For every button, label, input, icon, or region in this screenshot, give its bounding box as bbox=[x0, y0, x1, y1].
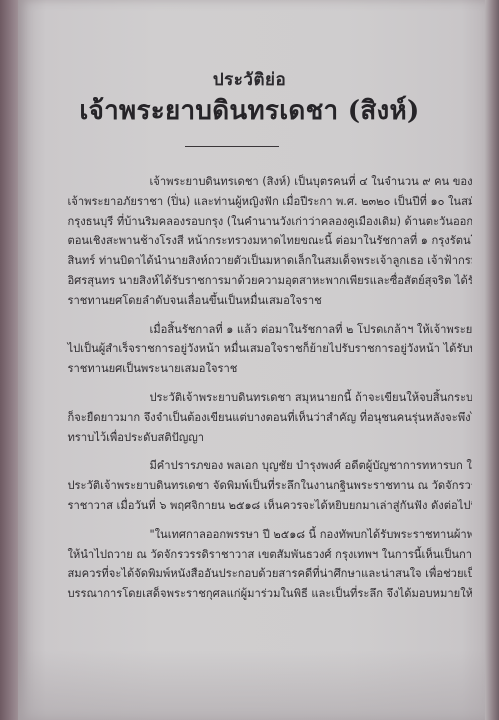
paragraph-3: ประวัติเจ้าพระยาบดินทรเดชา สมุหนายกนี้ ถ… bbox=[26, 388, 472, 447]
text-line: ราชทานยศโดยลำดับจนเลื่อนขึ้นเป็นหมื่นเสม… bbox=[26, 291, 472, 311]
paragraph-5-quote: "ในเทศกาลออกพรรษา ปี ๒๕๑๘ นี้ กองทัพบกได… bbox=[26, 525, 472, 604]
text-line: กรุงธนบุรี ที่บ้านริมคลองรอบกรุง (ในคำนา… bbox=[26, 212, 472, 232]
text-line: สมควรที่จะได้จัดพิมพ์หนังสืออันประกอบด้ว… bbox=[26, 564, 472, 584]
paragraph-4: มีคำปรารภของ พลเอก บุญชัย บำรุงพงศ์ อดีต… bbox=[26, 456, 472, 515]
text-line: ให้นำไปถวาย ณ วัดจักรวรรดิราชาวาส เขตสัม… bbox=[26, 545, 472, 565]
paragraph-2: เมื่อสิ้นรัชกาลที่ ๑ แล้ว ต่อมาในรัชกาลท… bbox=[26, 320, 472, 379]
text-line: ประวัติเจ้าพระยาบดินทรเดชา จัดพิมพ์เป็นท… bbox=[26, 476, 472, 496]
body-text: เจ้าพระยาบดินทรเดชา (สิงห์) เป็นบุตรคนที… bbox=[26, 172, 472, 604]
page-subtitle: ประวัติย่อ bbox=[0, 66, 499, 93]
text-line: ไปเป็นผู้สำเร็จราชการอยู่วังหน้า หมื่นเส… bbox=[26, 339, 472, 359]
text-line: เจ้าพระยาอภัยราชา (ปิ่น) และท่านผู้หญิงฟ… bbox=[26, 192, 472, 212]
text-line: เจ้าพระยาบดินทรเดชา (สิงห์) เป็นบุตรคนที… bbox=[26, 172, 472, 192]
text-line: "ในเทศกาลออกพรรษา ปี ๒๕๑๘ นี้ กองทัพบกได… bbox=[26, 525, 472, 545]
text-line: สินทร์ ท่านบิดาได้นำนายสิงห์ถวายตัวเป็นม… bbox=[26, 251, 472, 271]
text-line: เมื่อสิ้นรัชกาลที่ ๑ แล้ว ต่อมาในรัชกาลท… bbox=[26, 320, 472, 340]
text-line: อิศรสุนทร นายสิงห์ได้รับราชการมาด้วยความ… bbox=[26, 271, 472, 291]
text-line: ตอนเชิงสะพานช้างโรงสี หน้ากระทรวงมหาดไทย… bbox=[26, 231, 472, 251]
text-line: ประวัติเจ้าพระยาบดินทรเดชา สมุหนายกนี้ ถ… bbox=[26, 388, 472, 408]
page-title: เจ้าพระยาบดินทรเดชา (สิงห์) bbox=[0, 90, 499, 131]
page-bottom-shade bbox=[18, 650, 485, 720]
title-divider bbox=[185, 146, 279, 147]
text-line: บรรณาการโดยเสด็จพระราชกุศลแก่ผู้มาร่วมใน… bbox=[26, 584, 472, 604]
text-line: มีคำปรารภของ พลเอก บุญชัย บำรุงพงศ์ อดีต… bbox=[26, 456, 472, 476]
text-line: ราชทานยศเป็นพระนายเสมอใจราช bbox=[26, 359, 472, 379]
text-line: ราชาวาส เมื่อวันที่ ๖ พฤศจิกายน ๒๕๑๘ เห็… bbox=[26, 496, 472, 516]
text-line: ทราบไว้เพื่อประดับสติปัญญา bbox=[26, 428, 472, 448]
paragraph-1: เจ้าพระยาบดินทรเดชา (สิงห์) เป็นบุตรคนที… bbox=[26, 172, 472, 311]
text-line: ก็จะยืดยาวมาก จึงจำเป็นต้องเขียนแต่บางตอ… bbox=[26, 408, 472, 428]
